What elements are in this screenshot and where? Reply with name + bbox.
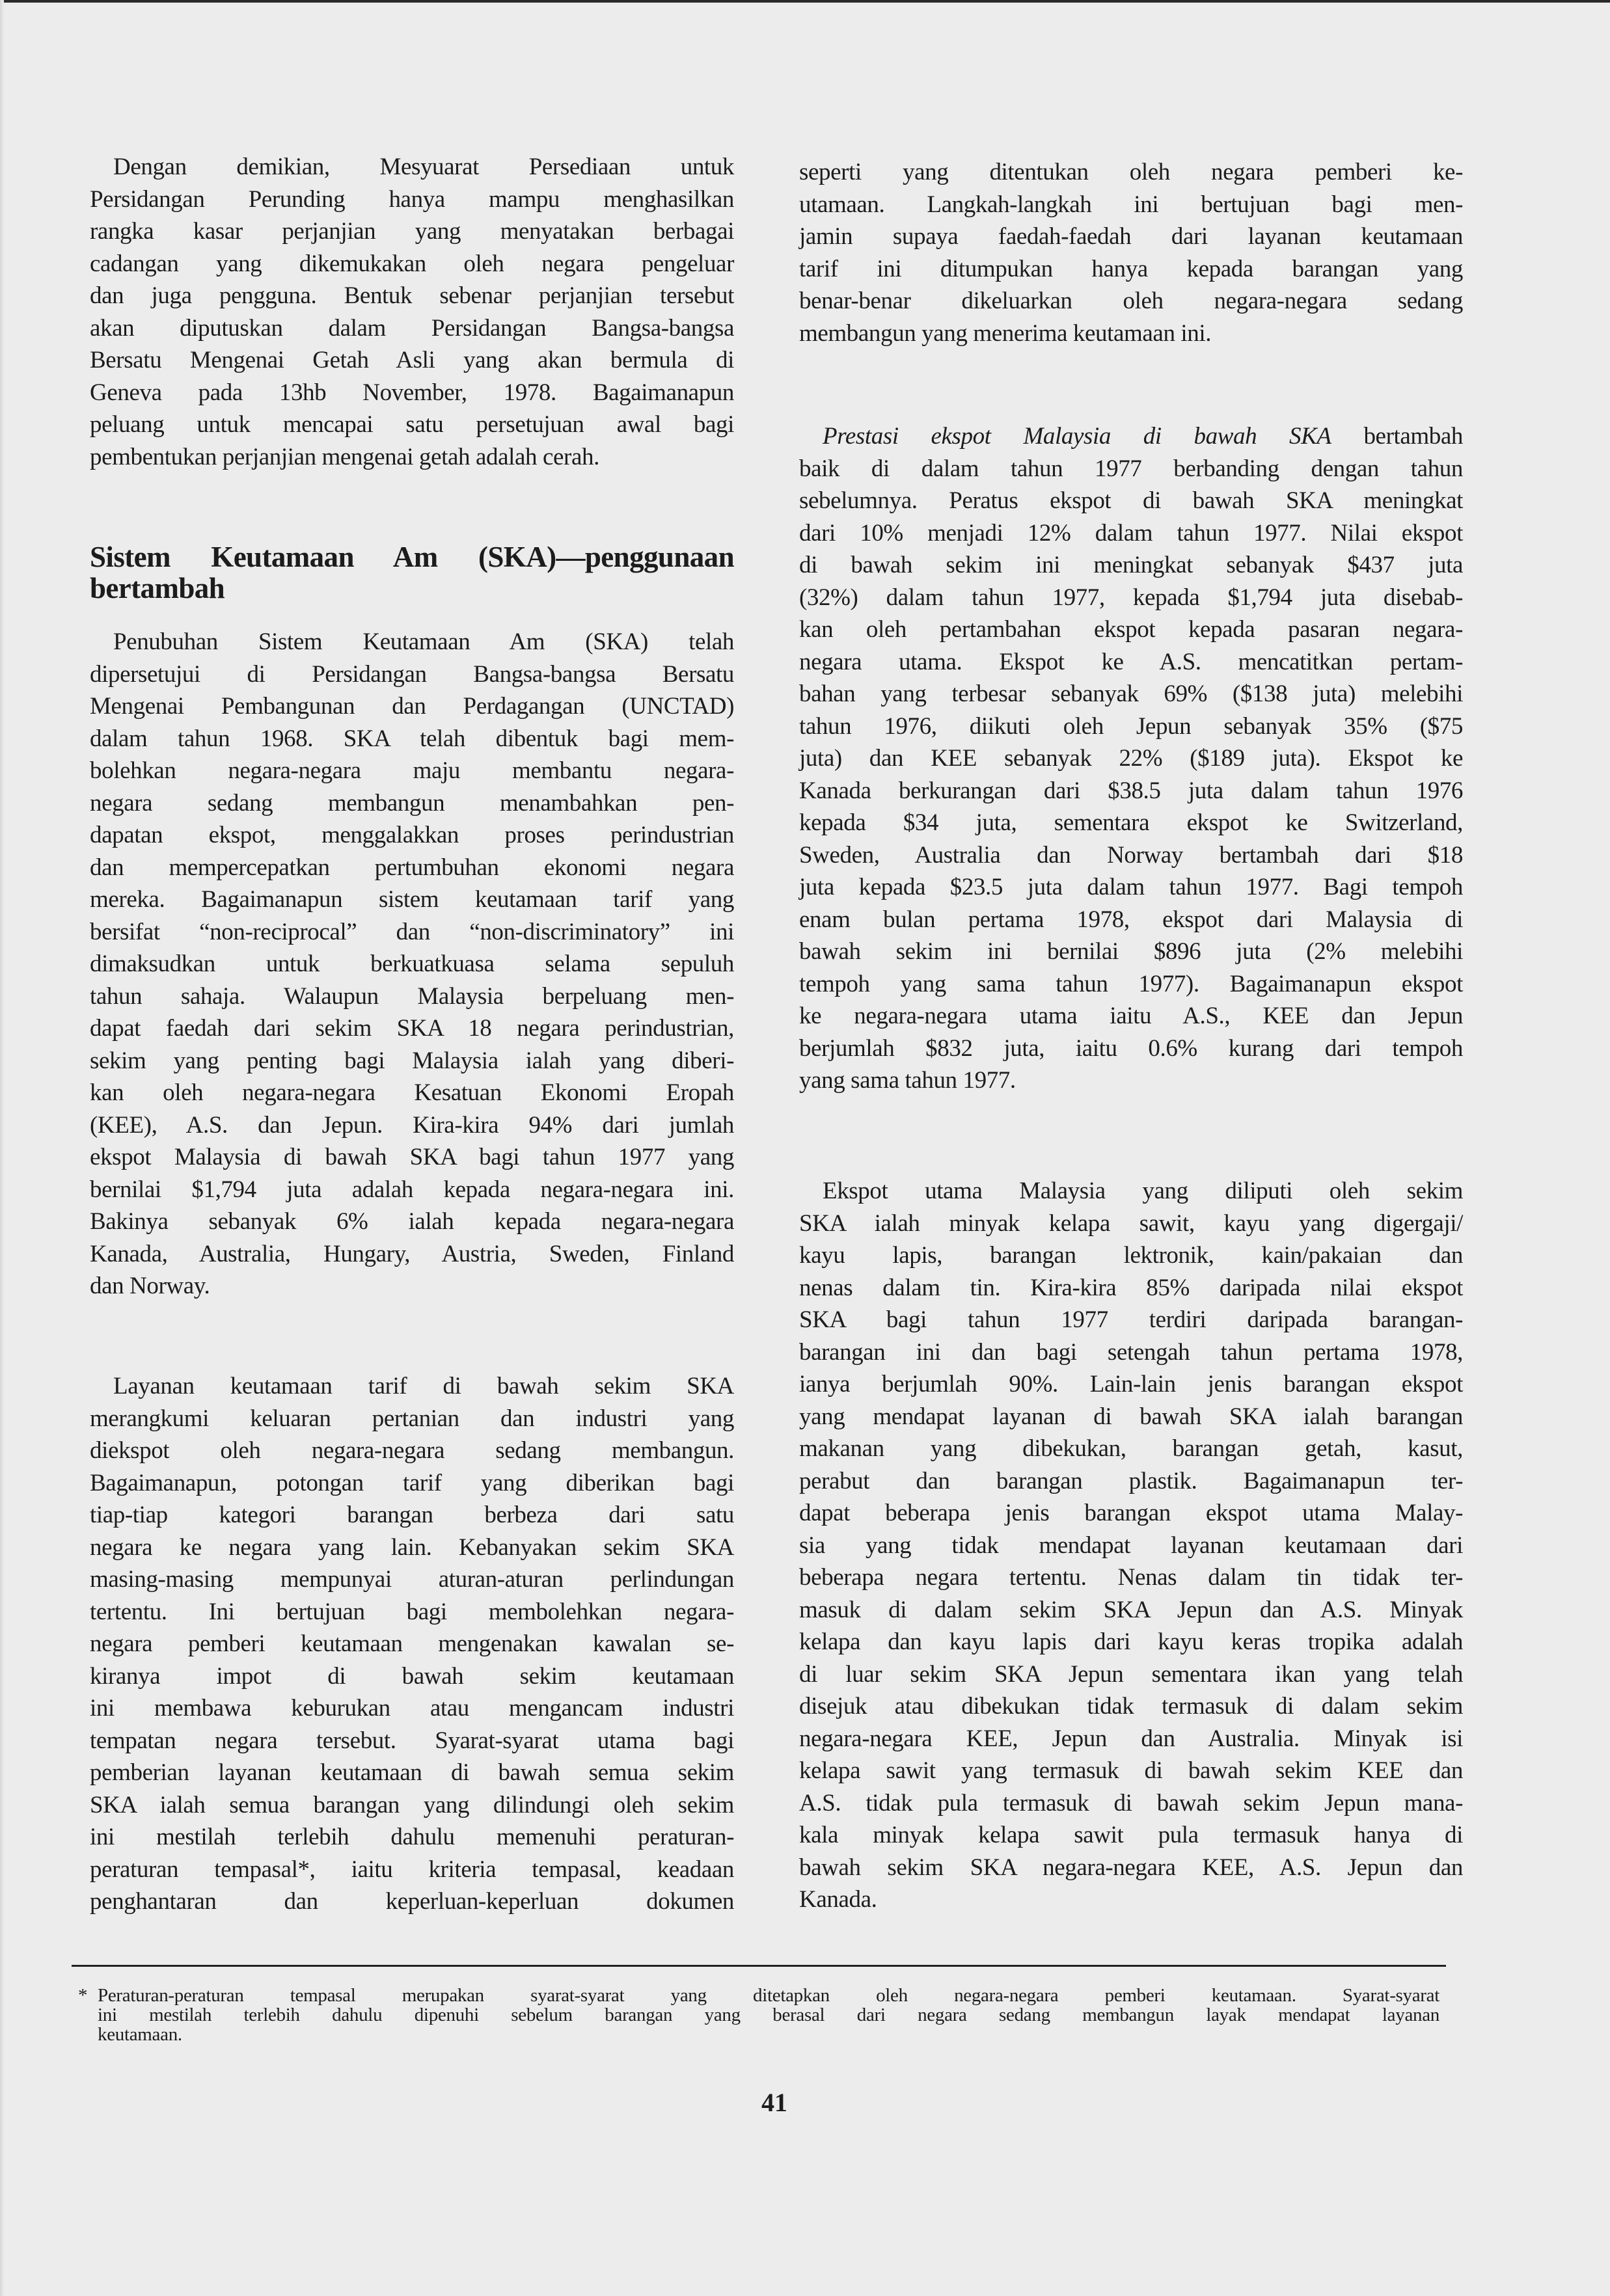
paragraph-line: kan oleh negara-negara Kesatuan Ekonomi … bbox=[90, 1077, 734, 1109]
paragraph-line: (KEE), A.S. dan Jepun. Kira-kira 94% dar… bbox=[90, 1109, 734, 1142]
paragraph-line: juta kepada $23.5 juta dalam tahun 1977.… bbox=[799, 871, 1463, 904]
paragraph-line: bernilai $1,794 juta adalah kepada negar… bbox=[90, 1174, 734, 1206]
paragraph-line: berjumlah $832 juta, iaitu 0.6% kurang d… bbox=[799, 1033, 1463, 1065]
paragraph-line: ianya berjumlah 90%. Lain-lain jenis bar… bbox=[799, 1368, 1463, 1401]
paragraph-tariff-preference: Layanan keutamaan tarif di bawah sekim S… bbox=[90, 1370, 734, 1918]
paragraph-line: disejuk atau dibekukan tidak termasuk di… bbox=[799, 1690, 1463, 1723]
paragraph-line: ini mestilah terlebih dahulu memenuhi pe… bbox=[90, 1821, 734, 1854]
paragraph-line: peraturan tempasal*, iaitu kriteria temp… bbox=[90, 1854, 734, 1886]
paragraph-line: bolehkan negara-negara maju membantu neg… bbox=[90, 755, 734, 787]
paragraph-line: tahun sahaja. Walaupun Malaysia berpelua… bbox=[90, 980, 734, 1013]
paragraph-line: masing-masing mempunyai aturan-aturan pe… bbox=[90, 1563, 734, 1596]
paragraph-line: sebelumnya. Peratus ekspot di bawah SKA … bbox=[799, 485, 1463, 517]
paragraph-line: pembentukan perjanjian mengenai getah ad… bbox=[90, 441, 734, 474]
paragraph-line: merangkumi keluaran pertanian dan indust… bbox=[90, 1403, 734, 1435]
paragraph-line: dari 10% menjadi 12% dalam tahun 1977. N… bbox=[799, 517, 1463, 550]
paragraph-line: enam bulan pertama 1978, ekspot dari Mal… bbox=[799, 904, 1463, 936]
paragraph-line: barangan ini dan bagi setengah tahun per… bbox=[799, 1336, 1463, 1369]
paragraph-line: dan Norway. bbox=[90, 1270, 734, 1303]
paragraph-line: negara pemberi keutamaan mengenakan kawa… bbox=[90, 1628, 734, 1660]
paragraph-line: peluang untuk mencapai satu persetujuan … bbox=[90, 409, 734, 441]
paragraph-line: Penubuhan Sistem Keutamaan Am (SKA) tela… bbox=[90, 626, 734, 658]
paragraph-line: bersifat “non-reciprocal” dan “non-discr… bbox=[90, 916, 734, 949]
paragraph-line: dimaksudkan untuk berkuatkuasa selama se… bbox=[90, 948, 734, 980]
paragraph-line: sekim yang penting bagi Malaysia ialah y… bbox=[90, 1045, 734, 1077]
paragraph-line: penghantaran dan keperluan-keperluan dok… bbox=[90, 1885, 734, 1918]
section-heading-ska: Sistem Keutamaan Am (SKA)—penggunaan ber… bbox=[90, 541, 734, 604]
paragraph-line: perabut dan barangan plastik. Bagaimanap… bbox=[799, 1465, 1463, 1498]
paragraph-line: dalam tahun 1968. SKA telah dibentuk bag… bbox=[90, 723, 734, 755]
paragraph-line: dapat faedah dari sekim SKA 18 negara pe… bbox=[90, 1012, 734, 1045]
paragraph-line: ini membawa keburukan atau mengancam ind… bbox=[90, 1692, 734, 1725]
paragraph-line: rangka kasar perjanjian yang menyatakan … bbox=[90, 215, 734, 248]
paragraph-line: Bagaimanapun, potongan tarif yang diberi… bbox=[90, 1467, 734, 1500]
footnote-marker: * bbox=[78, 1986, 88, 2005]
paragraph-line: kelapa sawit yang termasuk di bawah seki… bbox=[799, 1755, 1463, 1787]
paragraph-rules-of-origin-cont: seperti yang ditentukan oleh negara pemb… bbox=[799, 156, 1463, 349]
paragraph-line: negara ke negara yang lain. Kebanyakan s… bbox=[90, 1532, 734, 1564]
paragraph-line: pemberian layanan keutamaan di bawah sem… bbox=[90, 1757, 734, 1789]
heading-line-2: bertambah bbox=[90, 573, 734, 604]
paragraph-line: tiap-tiap kategori barangan berbeza dari… bbox=[90, 1499, 734, 1532]
italic-lead: Prestasi ekspot Malaysia di bawah SKA bbox=[823, 423, 1331, 450]
paragraph-line: tempatan negara tersebut. Syarat-syarat … bbox=[90, 1725, 734, 1757]
paragraph-line: benar-benar dikeluarkan oleh negara-nega… bbox=[799, 285, 1463, 317]
paragraph-line: A.S. tidak pula termasuk di bawah sekim … bbox=[799, 1787, 1463, 1820]
paragraph-line: Bersatu Mengenai Getah Asli yang akan be… bbox=[90, 344, 734, 377]
paragraph-line: akan diputuskan dalam Persidangan Bangsa… bbox=[90, 312, 734, 345]
paragraph-line: kiranya impot di bawah sekim keutamaan bbox=[90, 1660, 734, 1693]
paragraph-line: tahun 1976, diikuti oleh Jepun sebanyak … bbox=[799, 710, 1463, 743]
scan-left-edge bbox=[0, 0, 4, 2296]
paragraph-line: negara-negara KEE, Jepun dan Australia. … bbox=[799, 1723, 1463, 1755]
paragraph-line: sia yang tidak mendapat layanan keutamaa… bbox=[799, 1530, 1463, 1562]
scan-top-edge bbox=[0, 0, 1610, 3]
paragraph-line: Layanan keutamaan tarif di bawah sekim S… bbox=[90, 1370, 734, 1403]
paragraph-line: SKA ialah semua barangan yang dilindungi… bbox=[90, 1789, 734, 1822]
paragraph-line: Bakinya sebanyak 6% ialah kepada negara-… bbox=[90, 1206, 734, 1238]
paragraph-line: diekspot oleh negara-negara sedang memba… bbox=[90, 1435, 734, 1467]
paragraph-line: dapat beberapa jenis barangan ekspot uta… bbox=[799, 1497, 1463, 1530]
paragraph-rubber-agreement: Dengan demikian, Mesyuarat Persediaan un… bbox=[90, 151, 734, 473]
footnote-line: Peraturan-peraturan tempasal merupakan s… bbox=[98, 1986, 1439, 2005]
paragraph-line: Geneva pada 13hb November, 1978. Bagaima… bbox=[90, 377, 734, 409]
footnote: * Peraturan-peraturan tempasal merupakan… bbox=[89, 1986, 1439, 2044]
paragraph-line: utamaan. Langkah-langkah ini bertujuan b… bbox=[799, 189, 1463, 221]
paragraph-line: Sweden, Australia dan Norway bertambah d… bbox=[799, 839, 1463, 872]
paragraph-line: kala minyak kelapa sawit pula termasuk h… bbox=[799, 1819, 1463, 1852]
footnote-divider bbox=[72, 1965, 1446, 1967]
paragraph-line: makanan yang dibekukan, barangan getah, … bbox=[799, 1433, 1463, 1465]
paragraph-line: beberapa negara tertentu. Nenas dalam ti… bbox=[799, 1561, 1463, 1594]
paragraph-line: Dengan demikian, Mesyuarat Persediaan un… bbox=[90, 151, 734, 183]
paragraph-line: kelapa dan kayu lapis dari kayu keras tr… bbox=[799, 1626, 1463, 1658]
paragraph-line: Ekspot utama Malaysia yang diliputi oleh… bbox=[799, 1175, 1463, 1208]
paragraph-line: bahan yang terbesar sebanyak 69% ($138 j… bbox=[799, 678, 1463, 710]
paragraph-line: SKA bagi tahun 1977 terdiri daripada bar… bbox=[799, 1304, 1463, 1336]
paragraph-export-performance: Prestasi ekspot Malaysia di bawah SKA be… bbox=[799, 420, 1463, 1097]
paragraph-line: tarif ini ditumpukan hanya kepada barang… bbox=[799, 253, 1463, 286]
paragraph-line: dapatan ekspot, menggalakkan proses peri… bbox=[90, 819, 734, 852]
paragraph-ska-establishment: Penubuhan Sistem Keutamaan Am (SKA) tela… bbox=[90, 626, 734, 1303]
paragraph-line: dipersetujui di Persidangan Bangsa-bangs… bbox=[90, 658, 734, 691]
paragraph-line: di bawah sekim ini meningkat sebanyak $4… bbox=[799, 549, 1463, 582]
paragraph-main-exports: Ekspot utama Malaysia yang diliputi oleh… bbox=[799, 1175, 1463, 1916]
heading-line-1: Sistem Keutamaan Am (SKA)—penggunaan bbox=[90, 541, 734, 573]
paragraph-line: ekspot Malaysia di bawah SKA bagi tahun … bbox=[90, 1141, 734, 1174]
paragraph-line: yang sama tahun 1977. bbox=[799, 1064, 1463, 1097]
paragraph-line: (32%) dalam tahun 1977, kepada $1,794 ju… bbox=[799, 582, 1463, 614]
paragraph-line: cadangan yang dikemukakan oleh negara pe… bbox=[90, 248, 734, 280]
paragraph-line: SKA ialah minyak kelapa sawit, kayu yang… bbox=[799, 1208, 1463, 1240]
paragraph-line: membangun yang menerima keutamaan ini. bbox=[799, 317, 1463, 350]
paragraph-line: nenas dalam tin. Kira-kira 85% daripada … bbox=[799, 1272, 1463, 1304]
paragraph-line: Persidangan Perunding hanya mampu mengha… bbox=[90, 183, 734, 216]
paragraph-line: kayu lapis, barangan lektronik, kain/pak… bbox=[799, 1239, 1463, 1272]
paragraph-line: yang mendapat layanan di bawah SKA ialah… bbox=[799, 1401, 1463, 1433]
paragraph-line: jamin supaya faedah-faedah dari layanan … bbox=[799, 221, 1463, 253]
paragraph-line: Mengenai Pembangunan dan Perdagangan (UN… bbox=[90, 690, 734, 723]
page-number: 41 bbox=[742, 2087, 807, 2118]
paragraph-line: negara utama. Ekspot ke A.S. mencatitkan… bbox=[799, 646, 1463, 679]
paragraph-line: di luar sekim SKA Jepun sementara ikan y… bbox=[799, 1658, 1463, 1691]
paragraph-line: Kanada, Australia, Hungary, Austria, Swe… bbox=[90, 1238, 734, 1271]
paragraph-line: bawah sekim SKA negara-negara KEE, A.S. … bbox=[799, 1852, 1463, 1884]
paragraph-line: Kanada berkurangan dari $38.5 juta dalam… bbox=[799, 775, 1463, 807]
paragraph-line: Prestasi ekspot Malaysia di bawah SKA be… bbox=[799, 420, 1463, 453]
paragraph-line: tempoh yang sama tahun 1977). Bagaimanap… bbox=[799, 968, 1463, 1001]
paragraph-line: tertentu. Ini bertujuan bagi membolehkan… bbox=[90, 1596, 734, 1628]
paragraph-line: mereka. Bagaimanapun sistem keutamaan ta… bbox=[90, 884, 734, 916]
footnote-line: ini mestilah terlebih dahulu dipenuhi se… bbox=[98, 2005, 1439, 2025]
paragraph-line: seperti yang ditentukan oleh negara pemb… bbox=[799, 156, 1463, 189]
footnote-line: keutamaan. bbox=[98, 2025, 1439, 2044]
paragraph-line: bawah sekim ini bernilai $896 juta (2% m… bbox=[799, 936, 1463, 968]
paragraph-line: juta) dan KEE sebanyak 22% ($189 juta). … bbox=[799, 742, 1463, 775]
paragraph-line: baik di dalam tahun 1977 berbanding deng… bbox=[799, 453, 1463, 485]
paragraph-line: dan juga pengguna. Bentuk sebenar perjan… bbox=[90, 280, 734, 312]
paragraph-line: dan mempercepatkan pertumbuhan ekonomi n… bbox=[90, 852, 734, 884]
paragraph-line: kepada $34 juta, sementara ekspot ke Swi… bbox=[799, 807, 1463, 839]
paragraph-line: ke negara-negara utama iaitu A.S., KEE d… bbox=[799, 1000, 1463, 1033]
paragraph-line: kan oleh pertambahan ekspot kepada pasar… bbox=[799, 614, 1463, 646]
paragraph-line: negara sedang membangun menambahkan pen- bbox=[90, 787, 734, 820]
paragraph-line: masuk di dalam sekim SKA Jepun dan A.S. … bbox=[799, 1594, 1463, 1627]
paragraph-line: Kanada. bbox=[799, 1884, 1463, 1916]
